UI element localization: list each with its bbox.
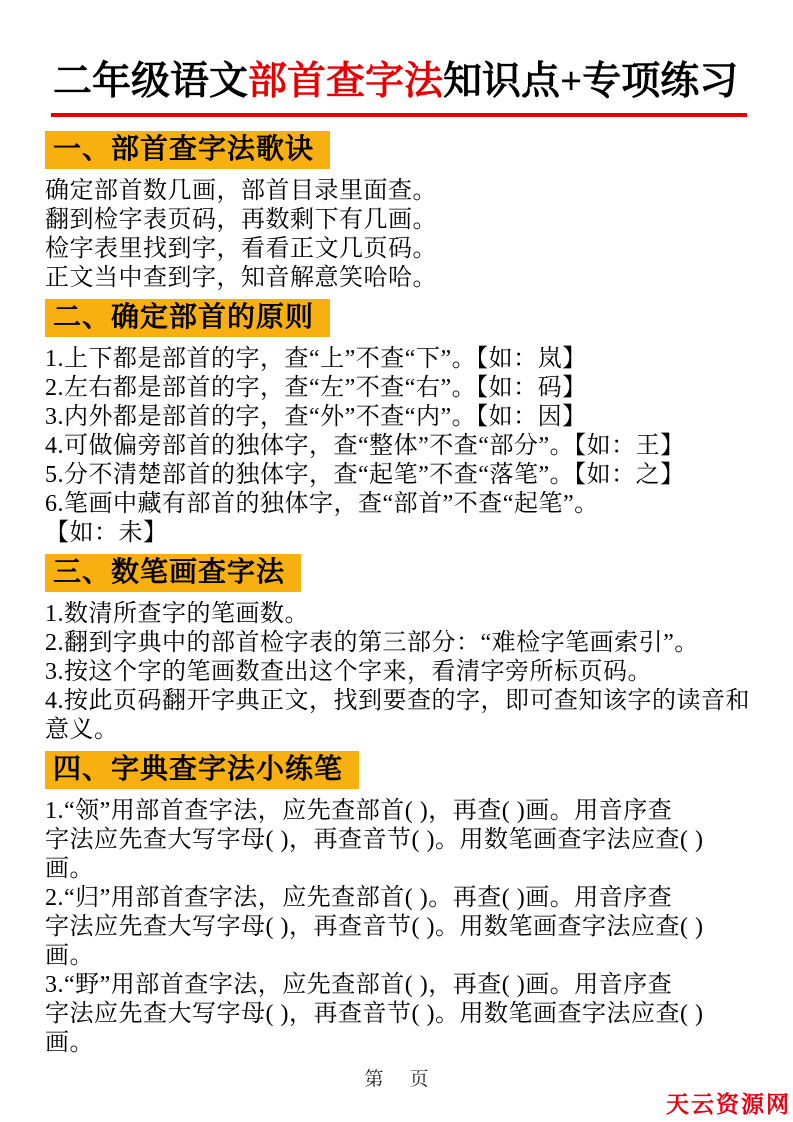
text-line: 确定部首数几画，部首目录里面查。	[45, 177, 749, 206]
section-heading-2: 二、确定部首的原则	[45, 299, 330, 337]
section-body-2: 1.上下都是部首的字，查“上”不查“下”。【如：岚】2.左右都是部首的字，查“左…	[45, 345, 749, 548]
text-line: 字法应先查大写字母( )，再查音节( )。用数笔画查字法应查( )	[45, 826, 749, 855]
section-heading-3: 三、数笔画查字法	[45, 554, 301, 592]
text-line: 1.“领”用部首查字法，应先查部首( )，再查( )画。用音序查	[45, 797, 749, 826]
text-line: 5.分不清楚部首的独体字，查“起笔”不查“落笔”。【如：之】	[45, 461, 749, 490]
text-line: 4.按此页码翻开字典正文，找到要查的字，即可查知该字的读音和	[45, 687, 749, 716]
sections-container: 一、部首查字法歌诀确定部首数几画，部首目录里面查。翻到检字表页码，再数剩下有几画…	[45, 131, 749, 1058]
page-title: 二年级语文部首查字法知识点+专项练习	[53, 58, 749, 106]
title-suffix: 知识点+专项练习	[443, 60, 738, 103]
text-line: 3.“野”用部首查字法，应先查部首( )，再查( )画。用音序查	[45, 971, 749, 1000]
text-line: 字法应先查大写字母( )，再查音节( )。用数笔画查字法应查( )	[45, 1000, 749, 1029]
text-line: 2.“归”用部首查字法，应先查部首( )。再查( )画。用音序查	[45, 884, 749, 913]
text-line: 画。	[45, 942, 749, 971]
text-line: 3.按这个字的笔画数查出这个字来，看清字旁所标页码。	[45, 658, 749, 687]
title-highlight: 部首查字法	[248, 60, 443, 103]
title-underline	[51, 113, 747, 117]
watermark: 天云资源网	[666, 1086, 791, 1119]
section-heading-4: 四、字典查字法小练笔	[45, 751, 359, 789]
text-line: 1.数清所查字的笔画数。	[45, 600, 749, 629]
section-heading-1: 一、部首查字法歌诀	[45, 131, 330, 169]
text-line: 3.内外都是部首的字，查“外”不查“内”。【如：因】	[45, 403, 749, 432]
section-body-1: 确定部首数几画，部首目录里面查。翻到检字表页码，再数剩下有几画。检字表里找到字，…	[45, 177, 749, 293]
worksheet-page: 二年级语文部首查字法知识点+专项练习 一、部首查字法歌诀确定部首数几画，部首目录…	[0, 0, 793, 1122]
text-line: 【如：未】	[45, 519, 749, 548]
text-line: 画。	[45, 1029, 749, 1058]
text-line: 2.左右都是部首的字，查“左”不查“右”。【如：码】	[45, 374, 749, 403]
title-prefix: 二年级语文	[53, 60, 248, 103]
text-line: 正文当中查到字，知音解意笑哈哈。	[45, 264, 749, 293]
section-3: 三、数笔画查字法1.数清所查字的笔画数。2.翻到字典中的部首检字表的第三部分：“…	[45, 554, 749, 745]
text-line: 6.笔画中藏有部首的独体字，查“部首”不查“起笔”。	[45, 490, 749, 519]
section-1: 一、部首查字法歌诀确定部首数几画，部首目录里面查。翻到检字表页码，再数剩下有几画…	[45, 131, 749, 293]
text-line: 翻到检字表页码，再数剩下有几画。	[45, 206, 749, 235]
section-body-3: 1.数清所查字的笔画数。2.翻到字典中的部首检字表的第三部分：“难检字笔画索引”…	[45, 600, 749, 745]
section-body-4: 1.“领”用部首查字法，应先查部首( )，再查( )画。用音序查字法应先查大写字…	[45, 797, 749, 1058]
section-2: 二、确定部首的原则1.上下都是部首的字，查“上”不查“下”。【如：岚】2.左右都…	[45, 299, 749, 548]
text-line: 2.翻到字典中的部首检字表的第三部分：“难检字笔画索引”。	[45, 629, 749, 658]
page-number-prefix: 第	[364, 1064, 383, 1091]
text-line: 4.可做偏旁部首的独体字，查“整体”不查“部分”。【如：王】	[45, 432, 749, 461]
text-line: 意义。	[45, 716, 749, 745]
text-line: 字法应先查大写字母( )，再查音节( )。用数笔画查字法应查( )	[45, 913, 749, 942]
text-line: 画。	[45, 855, 749, 884]
section-4: 四、字典查字法小练笔1.“领”用部首查字法，应先查部首( )，再查( )画。用音…	[45, 751, 749, 1058]
text-line: 1.上下都是部首的字，查“上”不查“下”。【如：岚】	[45, 345, 749, 374]
page-number-suffix: 页	[410, 1064, 429, 1091]
text-line: 检字表里找到字，看看正文几页码。	[45, 235, 749, 264]
